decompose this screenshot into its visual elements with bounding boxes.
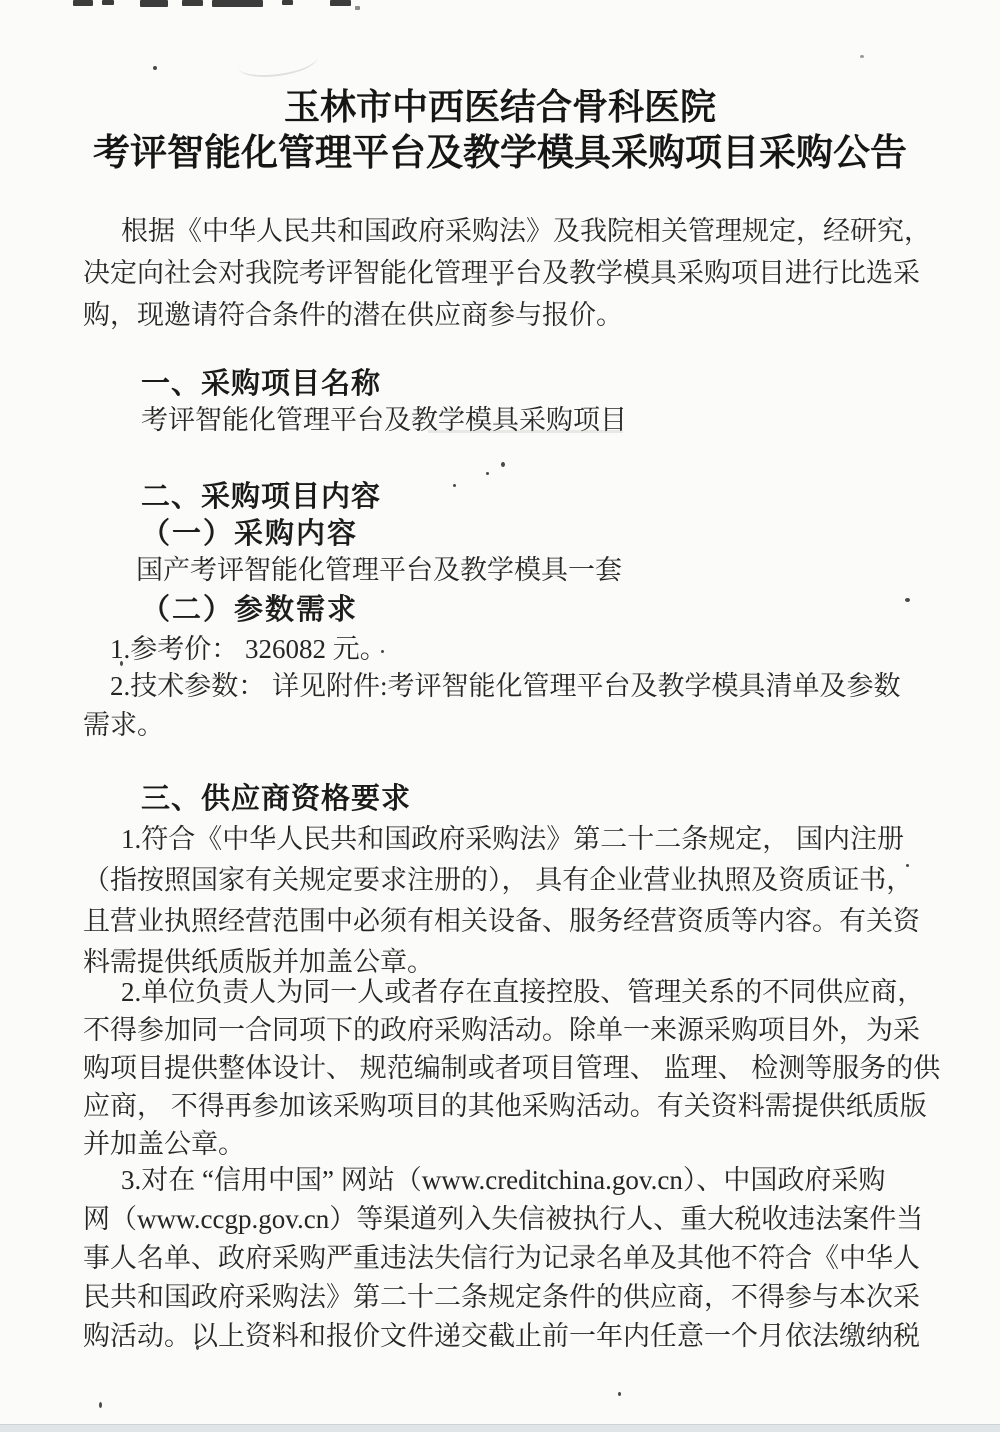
section-3-heading: 三、供应商资格要求 <box>141 781 941 817</box>
scan-speckle <box>381 650 384 653</box>
intro-paragraph: 根据《中华人民共和国政府采购法》及我院相关管理规定，经研究， 决定向社会对我院考… <box>83 210 983 336</box>
scan-speckle <box>486 472 489 475</box>
scan-fragment <box>355 6 360 10</box>
scan-speckle <box>153 66 157 70</box>
scan-fragment <box>330 0 351 6</box>
scan-fragment <box>140 0 168 7</box>
scan-speckle <box>860 55 864 58</box>
scan-speckle <box>497 281 500 286</box>
scan-fragment <box>282 0 293 5</box>
scan-speckle <box>99 1402 102 1408</box>
scan-speckle <box>120 661 123 666</box>
scan-speckle <box>618 1392 621 1396</box>
qualification-item-2: 2.单位负责人为同一人或者存在直接控股、管理关系的不同供应商， 不得参加同一合同… <box>83 973 983 1163</box>
scan-fragment <box>182 0 203 6</box>
doc-title-line2: 考评智能化管理平台及教学模具采购项目采购公告 <box>0 128 1000 178</box>
reference-price-item: 1.参考价： 326082 元。 <box>83 630 983 669</box>
scan-speckle <box>906 864 909 867</box>
scan-speckle <box>453 484 456 487</box>
scan-speckle <box>501 462 505 467</box>
section-1-heading: 一、采购项目名称 <box>141 366 941 402</box>
section-2-sub-2-heading: （二）参数需求 <box>141 592 941 628</box>
scan-speckle <box>905 598 910 602</box>
scan-fragment <box>212 0 263 7</box>
qualification-item-3: 3.对在 “信用中国” 网站（www.creditchina.gov.cn）、中… <box>83 1161 983 1356</box>
section-2-sub-1-heading: （一）采购内容 <box>141 516 941 552</box>
section-1-project-name: 考评智能化管理平台及教学模具采购项目 <box>141 402 627 438</box>
qualification-item-1: 1.符合《中华人民共和国政府采购法》第二十二条规定， 国内注册 （指按照国家有关… <box>83 819 983 983</box>
scan-fragment <box>73 0 93 6</box>
scan-speckle <box>196 1345 199 1350</box>
technical-params-item: 2.技术参数： 详见附件:考评智能化管理平台及教学模具清单及参数 需求。 <box>83 667 983 745</box>
section-2-purchase-content: 国产考评智能化管理平台及教学模具一套 <box>136 552 622 588</box>
scan-fragment <box>102 0 114 5</box>
section-2-heading: 二、采购项目内容 <box>141 479 941 515</box>
doc-title-line1: 玉林市中西医结合骨科医院 <box>0 84 1000 130</box>
page-bottom-edge <box>0 1424 1000 1432</box>
document-page: 玉林市中西医结合骨科医院 考评智能化管理平台及教学模具采购项目采购公告 根据《中… <box>0 0 1000 1432</box>
scan-artifact-faint-arc <box>236 43 319 82</box>
